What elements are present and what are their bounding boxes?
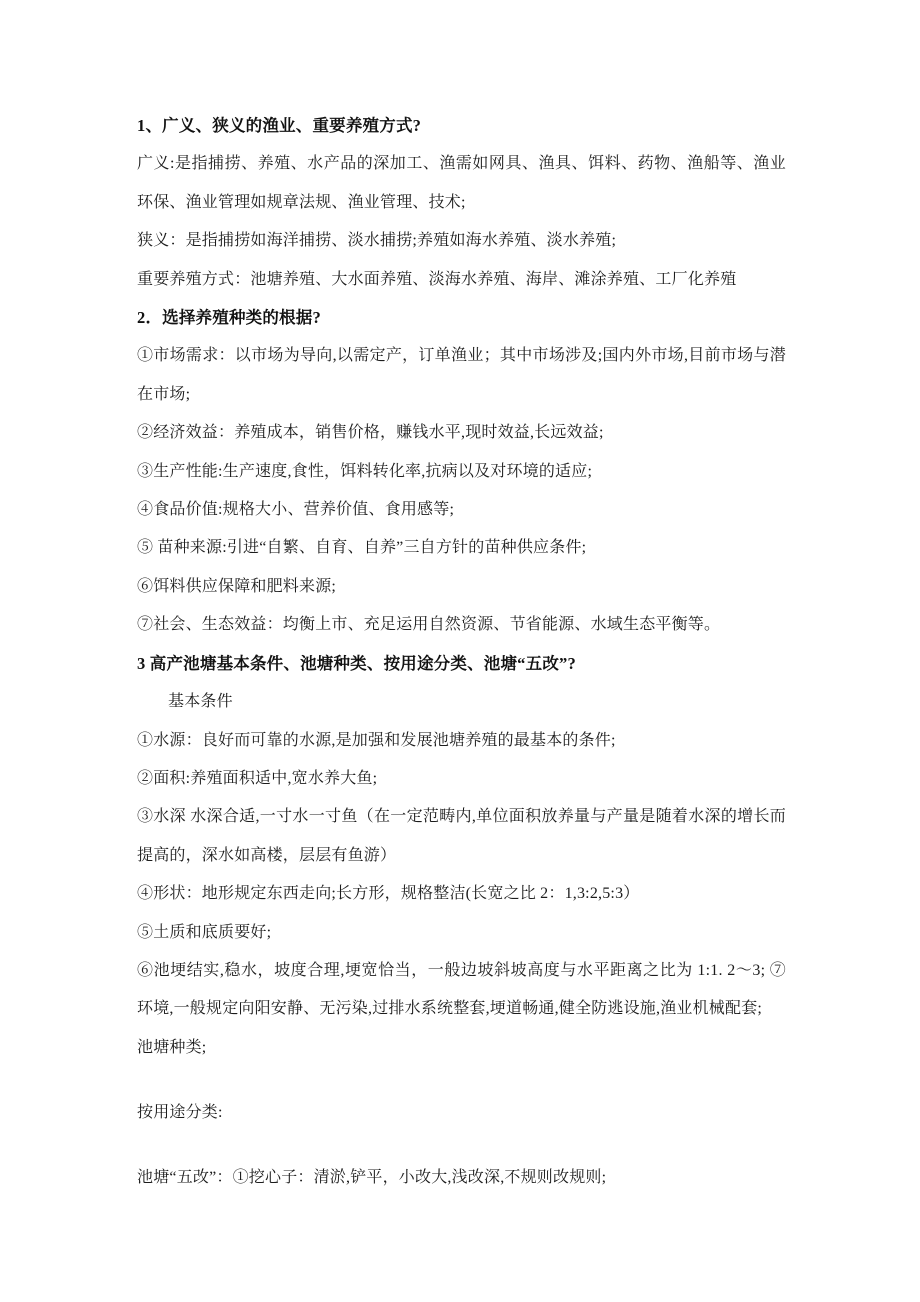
blank-line bbox=[137, 1132, 786, 1159]
paragraph: ③水深 水深合适,一寸水一寸鱼（在一定范畴内,单位面积放养量与产量是随着水深的增… bbox=[137, 798, 786, 875]
paragraph: 重要养殖方式：池塘养殖、大水面养殖、淡海水养殖、海岸、滩涂养殖、工厂化养殖 bbox=[137, 261, 786, 299]
paragraph: ④食品价值:规格大小、营养价值、食用感等; bbox=[137, 491, 786, 529]
paragraph: 池塘“五改”：①挖心子：清淤,铲平，小改大,浅改深,不规则改规则; bbox=[137, 1159, 786, 1197]
blank-line bbox=[137, 1067, 786, 1094]
paragraph: ①市场需求：以市场为导向,以需定产，订单渔业；其中市场涉及;国内外市场,目前市场… bbox=[137, 337, 786, 414]
paragraph: 池塘种类; bbox=[137, 1029, 786, 1067]
document-page: 1、广义、狭义的渔业、重要养殖方式?广义:是指捕捞、养殖、水产品的深加工、渔需如… bbox=[0, 0, 920, 1302]
paragraph: ②面积:养殖面积适中,宽水养大鱼; bbox=[137, 760, 786, 798]
question-heading: 2．选择养殖种类的根据? bbox=[137, 299, 786, 337]
question-heading: 1、广义、狭义的渔业、重要养殖方式? bbox=[137, 107, 786, 145]
paragraph: 狭义：是指捕捞如海洋捕捞、淡水捕捞;养殖如海水养殖、淡水养殖; bbox=[137, 222, 786, 260]
paragraph: ⑥池埂结实,稳水，坡度合理,埂宽恰当，一般边坡斜坡高度与水平距离之比为 1:1.… bbox=[137, 952, 786, 1029]
paragraph: ⑥饵料供应保障和肥料来源; bbox=[137, 568, 786, 606]
paragraph: 按用途分类: bbox=[137, 1094, 786, 1132]
paragraph: ①水源：良好而可靠的水源,是加强和发展池塘养殖的最基本的条件; bbox=[137, 722, 786, 760]
paragraph: ③生产性能:生产速度,食性，饵料转化率,抗病以及对环境的适应; bbox=[137, 453, 786, 491]
paragraph: 基本条件 bbox=[137, 683, 786, 721]
paragraph: ⑤土质和底质要好; bbox=[137, 914, 786, 952]
paragraph: ④形状：地形规定东西走向;长方形，规格整洁(长宽之比 2：1,3:2,5:3） bbox=[137, 875, 786, 913]
paragraph: ⑦社会、生态效益：均衡上市、充足运用自然资源、节省能源、水域生态平衡等。 bbox=[137, 606, 786, 644]
question-heading: 3 高产池塘基本条件、池塘种类、按用途分类、池塘“五改”? bbox=[137, 645, 786, 683]
paragraph: 广义:是指捕捞、养殖、水产品的深加工、渔需如网具、渔具、饵料、药物、渔船等、渔业… bbox=[137, 145, 786, 222]
paragraph: ②经济效益：养殖成本，销售价格，赚钱水平,现时效益,长远效益; bbox=[137, 414, 786, 452]
paragraph: ⑤ 苗种来源:引进“自繁、自育、自养”三自方针的苗种供应条件; bbox=[137, 529, 786, 567]
